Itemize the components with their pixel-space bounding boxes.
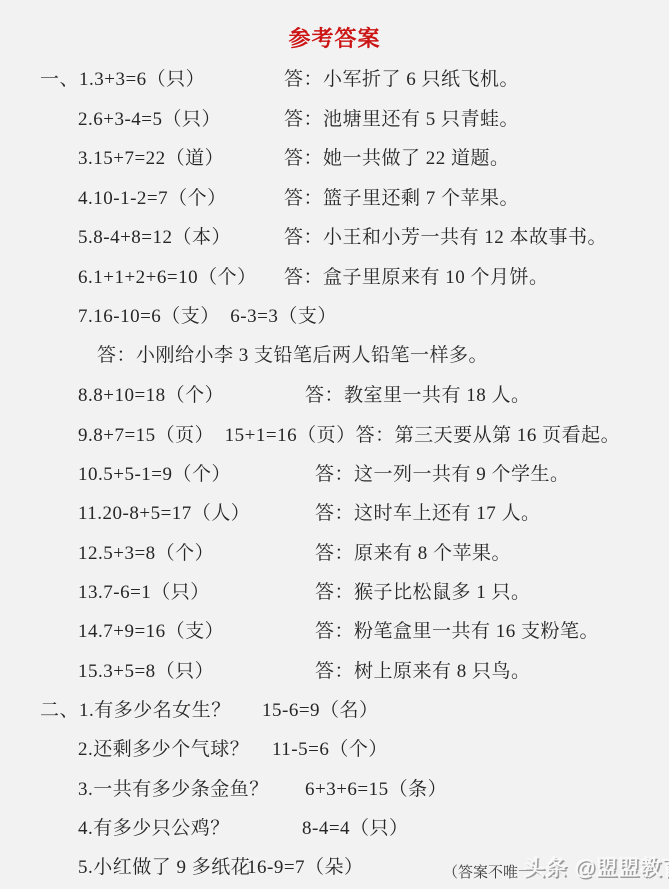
line-text: 6.1+1+2+6=10（个）	[78, 266, 257, 290]
line-text: 答：教室里一共有 18 人。	[305, 384, 531, 408]
answer-line: 13.7-6=1（只）答：猴子比松鼠多 1 只。	[0, 581, 669, 607]
answer-line: 7.16-10=6（支） 6-3=3（支）	[0, 305, 669, 331]
page-title: 参考答案	[0, 22, 669, 53]
line-text: 答：小军折了 6 只纸飞机。	[284, 68, 519, 92]
line-text: 2.6+3-4=5（只）	[78, 108, 221, 132]
answer-line: 一、1.3+3=6（只）答：小军折了 6 只纸飞机。	[0, 68, 669, 94]
answer-line: 6.1+1+2+6=10（个）答：盒子里原来有 10 个月饼。	[0, 266, 669, 292]
line-text: 12.5+3=8（个）	[78, 542, 214, 566]
line-text: 答：这一列一共有 9 个学生。	[315, 463, 570, 487]
line-text: 13.7-6=1（只）	[78, 581, 210, 605]
line-text: 5.8-4+8=12（本）	[78, 226, 231, 250]
line-text: 9.8+7=15（页） 15+1=16（页）答：第三天要从第 16 页看起。	[78, 424, 620, 448]
answer-line: 10.5+5-1=9（个）答：这一列一共有 9 个学生。	[0, 463, 669, 489]
line-text: 2.还剩多少个气球？	[78, 738, 249, 762]
line-text: 4.有多少只公鸡？	[78, 817, 230, 841]
line-text: 一、1.3+3=6（只）	[40, 68, 205, 92]
answer-line: 2.还剩多少个气球？11-5=6（个）	[0, 738, 669, 764]
answer-line: 5.8-4+8=12（本）答：小王和小芳一共有 12 本故事书。	[0, 226, 669, 252]
line-text: 14.7+9=16（支）	[78, 620, 224, 644]
line-text: 15-6=9（名）	[262, 699, 379, 723]
line-text: 8.8+10=18（个）	[78, 384, 224, 408]
line-text: 答：小王和小芳一共有 12 本故事书。	[284, 226, 607, 250]
line-text: 11-5=6（个）	[272, 738, 388, 762]
answer-line: 12.5+3=8（个）答：原来有 8 个苹果。	[0, 542, 669, 568]
line-text: 4.10-1-2=7（个）	[78, 187, 227, 211]
line-text: 8-4=4（只）	[302, 817, 409, 841]
answer-line: 3.一共有多少条金鱼？6+3+6=15（条）	[0, 778, 669, 804]
answer-line: 8.8+10=18（个）答：教室里一共有 18 人。	[0, 384, 669, 410]
line-text: 答：猴子比松鼠多 1 只。	[315, 581, 531, 605]
line-text: 6+3+6=15（条）	[305, 778, 447, 802]
answer-line: 11.20-8+5=17（人）答：这时车上还有 17 人。	[0, 502, 669, 528]
note-text: （答案不唯一	[443, 861, 533, 885]
answer-line: 4.有多少只公鸡？8-4=4（只）	[0, 817, 669, 843]
answer-sheet-page: 参考答案 一、1.3+3=6（只）答：小军折了 6 只纸飞机。2.6+3-4=5…	[0, 0, 669, 889]
answer-line: 3.15+7=22（道）答：她一共做了 22 道题。	[0, 147, 669, 173]
answer-line: 9.8+7=15（页） 15+1=16（页）答：第三天要从第 16 页看起。	[0, 424, 669, 450]
line-text: 答：粉笔盒里一共有 16 支粉笔。	[315, 620, 599, 644]
answer-line: 4.10-1-2=7（个）答：篮子里还剩 7 个苹果。	[0, 187, 669, 213]
line-text: 答：这时车上还有 17 人。	[315, 502, 541, 526]
line-text: 答：树上原来有 8 只鸟。	[315, 660, 531, 684]
line-text: 答：原来有 8 个苹果。	[315, 542, 511, 566]
line-text: 答：池塘里还有 5 只青蛙。	[284, 108, 519, 132]
line-text: 答：她一共做了 22 道题。	[284, 147, 510, 171]
answer-line: 答：小刚给小李 3 支铅笔后两人铅笔一样多。	[0, 344, 669, 370]
watermark-text: 头条 @盟盟教育	[524, 857, 669, 881]
line-text: 7.16-10=6（支） 6-3=3（支）	[78, 305, 337, 329]
line-text: 答：篮子里还剩 7 个苹果。	[284, 187, 519, 211]
line-text: 15.3+5=8（只）	[78, 660, 214, 684]
line-text: 3.一共有多少条金鱼？	[78, 778, 269, 802]
answer-line: 15.3+5=8（只）答：树上原来有 8 只鸟。	[0, 660, 669, 686]
answer-line: 14.7+9=16（支）答：粉笔盒里一共有 16 支粉笔。	[0, 620, 669, 646]
answer-line: 2.6+3-4=5（只）答：池塘里还有 5 只青蛙。	[0, 108, 669, 134]
answer-line: 5.小红做了 9 多纸花16-9=7（朵）（答案不唯一头条 @盟盟教育	[0, 856, 669, 882]
line-text: 16-9=7（朵）	[247, 856, 364, 880]
answer-line: 二、1.有多少名女生？15-6=9（名）	[0, 699, 669, 725]
line-text: 答：小刚给小李 3 支铅笔后两人铅笔一样多。	[97, 344, 488, 368]
line-text: 二、1.有多少名女生？	[40, 699, 231, 723]
line-text: 5.小红做了 9 多纸花	[78, 856, 250, 880]
line-text: 3.15+7=22（道）	[78, 147, 224, 171]
line-text: 11.20-8+5=17（人）	[78, 502, 250, 526]
line-text: 10.5+5-1=9（个）	[78, 463, 231, 487]
line-text: 答：盒子里原来有 10 个月饼。	[284, 266, 549, 290]
